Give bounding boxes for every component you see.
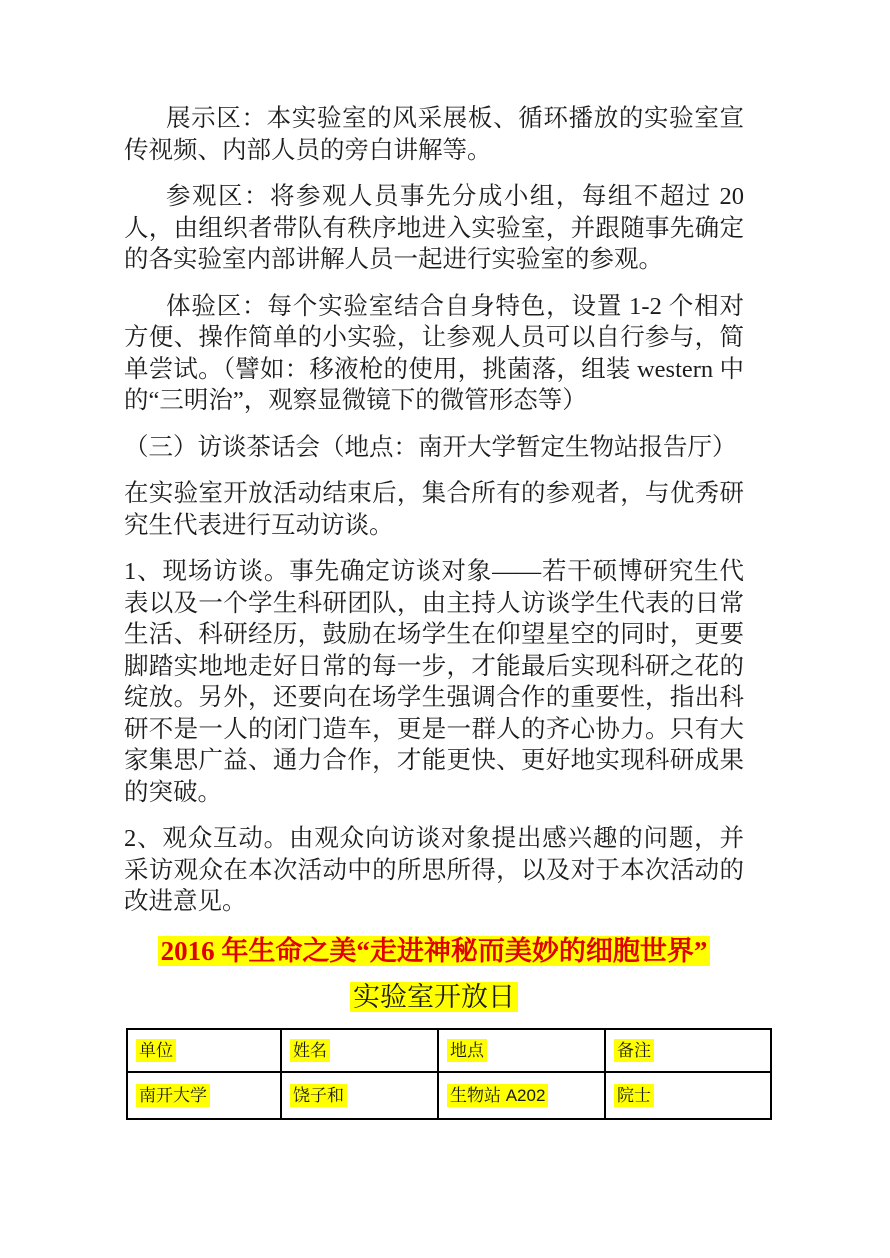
event-title: 2016 年生命之美“走进神秘而美妙的细胞世界” — [124, 933, 744, 970]
table-cell-location-value: 生物站 A202 — [438, 1072, 605, 1119]
table-header-row: 单位 姓名 地点 备注 — [127, 1029, 771, 1072]
heading-interview-tea-party: （三）访谈茶话会（地点：南开大学暂定生物站报告厅） — [124, 432, 744, 464]
cell-text: 南开大学 — [136, 1084, 210, 1107]
document-content: 展示区：本实验室的风采展板、循环播放的实验室宣传视频、内部人员的旁白讲解等。 参… — [124, 103, 744, 1120]
paragraph-visit-zone: 参观区：将参观人员事先分成小组，每组不超过 20 人，由组织者带队有秩序地进入实… — [124, 181, 744, 276]
table-cell-location-header: 地点 — [438, 1029, 605, 1072]
paragraph-after-open-lab: 在实验室开放活动结束后，集合所有的参观者，与优秀研究生代表进行互动访谈。 — [124, 478, 744, 541]
paragraph-audience-interaction: 2、观众互动。由观众向访谈对象提出感兴趣的问题，并采访观众在本次活动中的所思所得… — [124, 823, 744, 918]
cell-text: 地点 — [447, 1039, 487, 1062]
guest-info-table: 单位 姓名 地点 备注 南开大学 饶子和 — [126, 1028, 772, 1120]
event-subtitle-text: 实验室开放日 — [350, 982, 518, 1012]
paragraph-experience-zone: 体验区：每个实验室结合自身特色，设置 1-2 个相对方便、操作简单的小实验，让参… — [124, 291, 744, 417]
cell-text: 姓名 — [290, 1039, 330, 1062]
cell-text: 院士 — [614, 1084, 654, 1107]
paragraph-exhibit-zone: 展示区：本实验室的风采展板、循环播放的实验室宣传视频、内部人员的旁白讲解等。 — [124, 103, 744, 166]
paragraph-onsite-interview: 1、现场访谈。事先确定访谈对象——若干硕博研究生代表以及一个学生科研团队，由主持… — [124, 556, 744, 808]
cell-text: 生物站 A202 — [447, 1084, 548, 1107]
table-cell-unit-header: 单位 — [127, 1029, 281, 1072]
event-subtitle: 实验室开放日 — [124, 982, 744, 1013]
table-data-row: 南开大学 饶子和 生物站 A202 院士 — [127, 1072, 771, 1119]
cell-text: 单位 — [136, 1039, 176, 1062]
table-cell-remark-header: 备注 — [605, 1029, 771, 1072]
table-cell-name-value: 饶子和 — [281, 1072, 438, 1119]
event-title-text: 2016 年生命之美“走进神秘而美妙的细胞世界” — [158, 936, 711, 966]
document-page: 展示区：本实验室的风采展板、循环播放的实验室宣传视频、内部人员的旁白讲解等。 参… — [0, 0, 890, 1258]
cell-text: 饶子和 — [290, 1084, 347, 1107]
table-cell-name-header: 姓名 — [281, 1029, 438, 1072]
table-cell-remark-value: 院士 — [605, 1072, 771, 1119]
cell-text: 备注 — [614, 1039, 654, 1062]
table-cell-unit-value: 南开大学 — [127, 1072, 281, 1119]
